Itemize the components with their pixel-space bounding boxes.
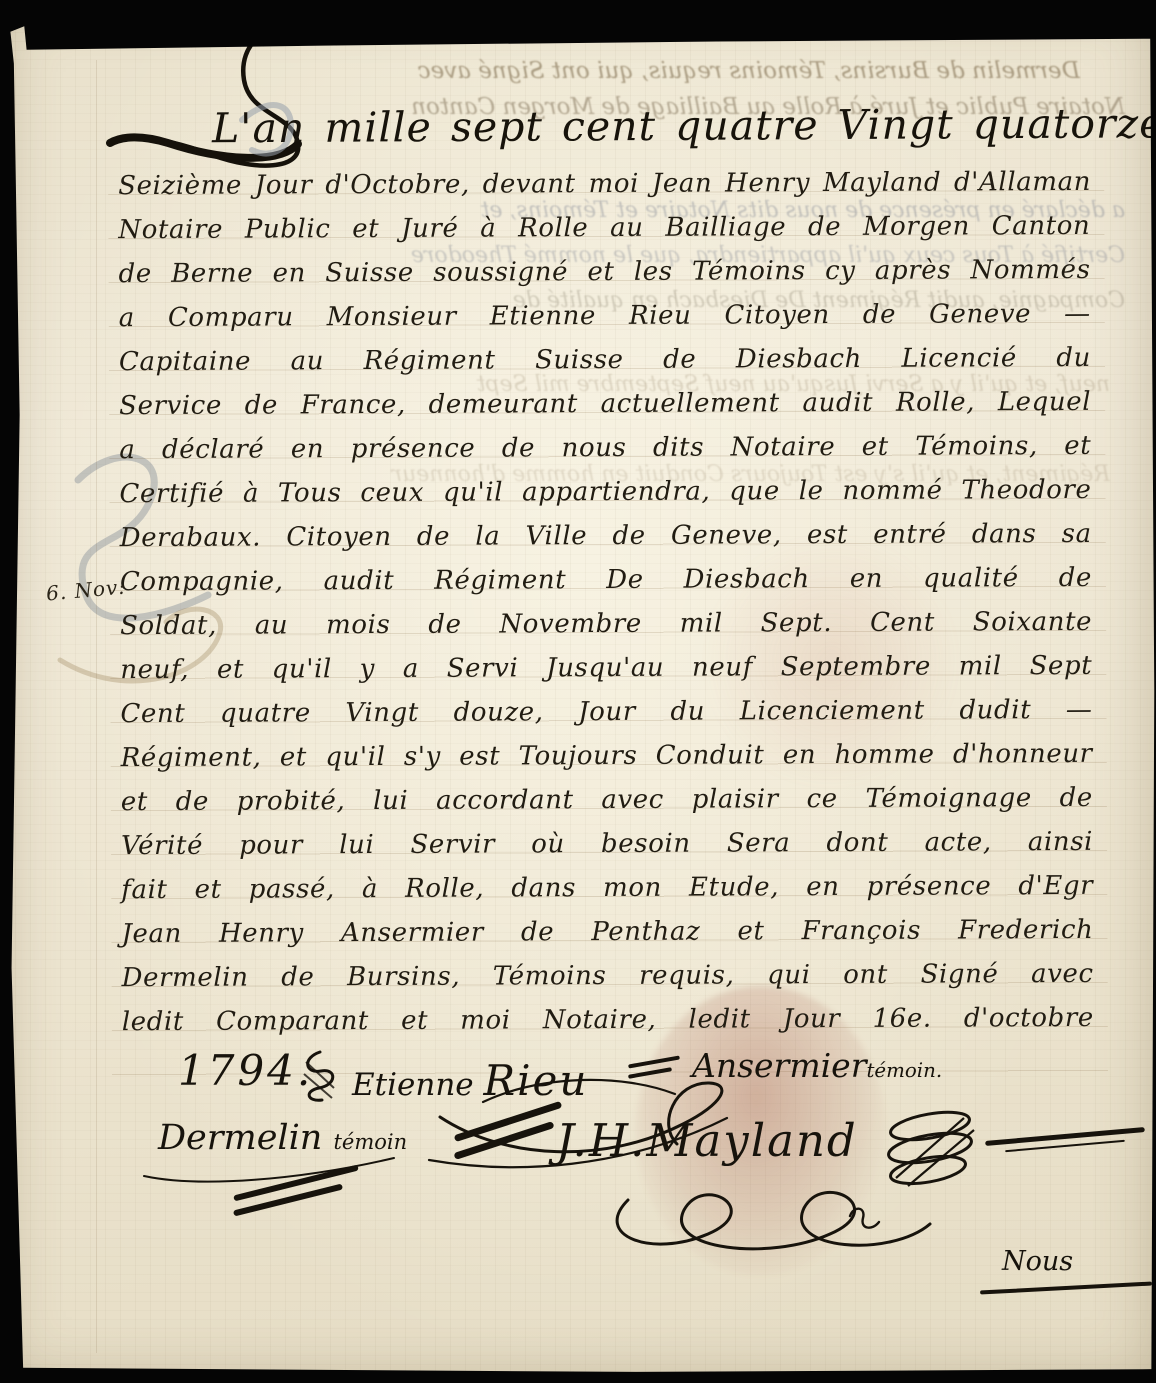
manuscript-line: Vérité pour lui Servir où besoin Sera do… — [121, 820, 1093, 868]
manuscript-line: a déclaré en présence de nous dits Notai… — [119, 424, 1091, 472]
manuscript-line: Certifié à Tous ceux qu'il appartiendra,… — [119, 468, 1091, 516]
manuscript-line: Jean Henry Ansermier de Penthaz et Franç… — [121, 908, 1093, 956]
manuscript-line: Seizième Jour d'Octobre, devant moi Jean… — [118, 160, 1090, 208]
mayland-coil-ornament — [882, 1108, 982, 1193]
flourish-dashes — [985, 1134, 1145, 1147]
signature-etienne-rieu: Etienne Rieu — [352, 1056, 588, 1105]
manuscript-line: Derabaux. Citoyen de la Ville de Geneve,… — [120, 512, 1092, 560]
flourish-dashes — [452, 1118, 564, 1144]
manuscript-page: Dermelin de Bursins, Témoins requis, qui… — [0, 0, 1156, 1383]
manuscript-line: Soldat, au mois de Novembre mil Sept. Ce… — [120, 600, 1092, 648]
manuscript-line: Notaire Public et Juré à Rolle au Bailli… — [118, 204, 1090, 252]
catchword-underline — [980, 1286, 1152, 1290]
manuscript-line: Service de France, demeurant actuellemen… — [119, 380, 1091, 428]
signature-given-name: Etienne — [352, 1067, 474, 1103]
manuscript-line: Capitaine au Régiment Suisse de Diesbach… — [119, 336, 1091, 384]
witness-role: témoin — [333, 1130, 407, 1154]
scan-background: Dermelin de Bursins, Témoins requis, qui… — [0, 0, 1156, 1383]
manuscript-line: de Berne en Suisse soussigné et les Témo… — [118, 248, 1090, 296]
flourish-dashes — [628, 1060, 680, 1075]
signature-notary-mayland: J.H.Mayland — [556, 1114, 858, 1167]
signature-dermelin: Dermelin témoin — [158, 1118, 407, 1158]
year-figure: 1794. — [178, 1046, 313, 1095]
manuscript-line: Cent quatre Vingt douze, Jour du Licenci… — [120, 688, 1092, 736]
manuscript-line: neuf, et qu'il y a Servi Jusqu'au neuf S… — [120, 644, 1092, 692]
bottom-catchword: Nous — [1002, 1246, 1073, 1277]
signature-family-name: Rieu — [483, 1056, 588, 1105]
opening-line: L'an mille sept cent quatre Vingt quator… — [212, 100, 1092, 153]
manuscript-body: Seizième Jour d'Octobre, devant moi Jean… — [118, 160, 1094, 1044]
mayland-paraph-loops — [598, 1158, 953, 1258]
signature-ansermier: Ansermiertémoin. — [692, 1046, 942, 1085]
manuscript-line: fait et passé, à Rolle, dans mon Etude, … — [121, 864, 1093, 912]
margin-date-note: 6. Nov: — [45, 575, 127, 606]
initial-letter-swash — [92, 24, 342, 179]
manuscript-line: Régiment, et qu'il s'y est Toujours Cond… — [121, 732, 1093, 780]
witness-name: Ansermier — [692, 1046, 866, 1085]
flourish-dashes — [232, 1180, 360, 1203]
bleedthrough-line: Dermelin de Bursins, Témoins requis, qui… — [70, 58, 1080, 84]
manuscript-line: Dermelin de Bursins, Témoins requis, qui… — [122, 952, 1094, 1000]
witness-name: Dermelin — [158, 1118, 322, 1158]
witness-role: témoin. — [866, 1059, 942, 1082]
manuscript-line: et de probité, lui accordant avec plaisi… — [121, 776, 1093, 824]
manuscript-line: Compagnie, audit Régiment De Diesbach en… — [120, 556, 1092, 604]
manuscript-line: a Comparu Monsieur Etienne Rieu Citoyen … — [119, 292, 1091, 340]
manuscript-line: ledit Comparant et moi Notaire, ledit Jo… — [122, 996, 1094, 1044]
